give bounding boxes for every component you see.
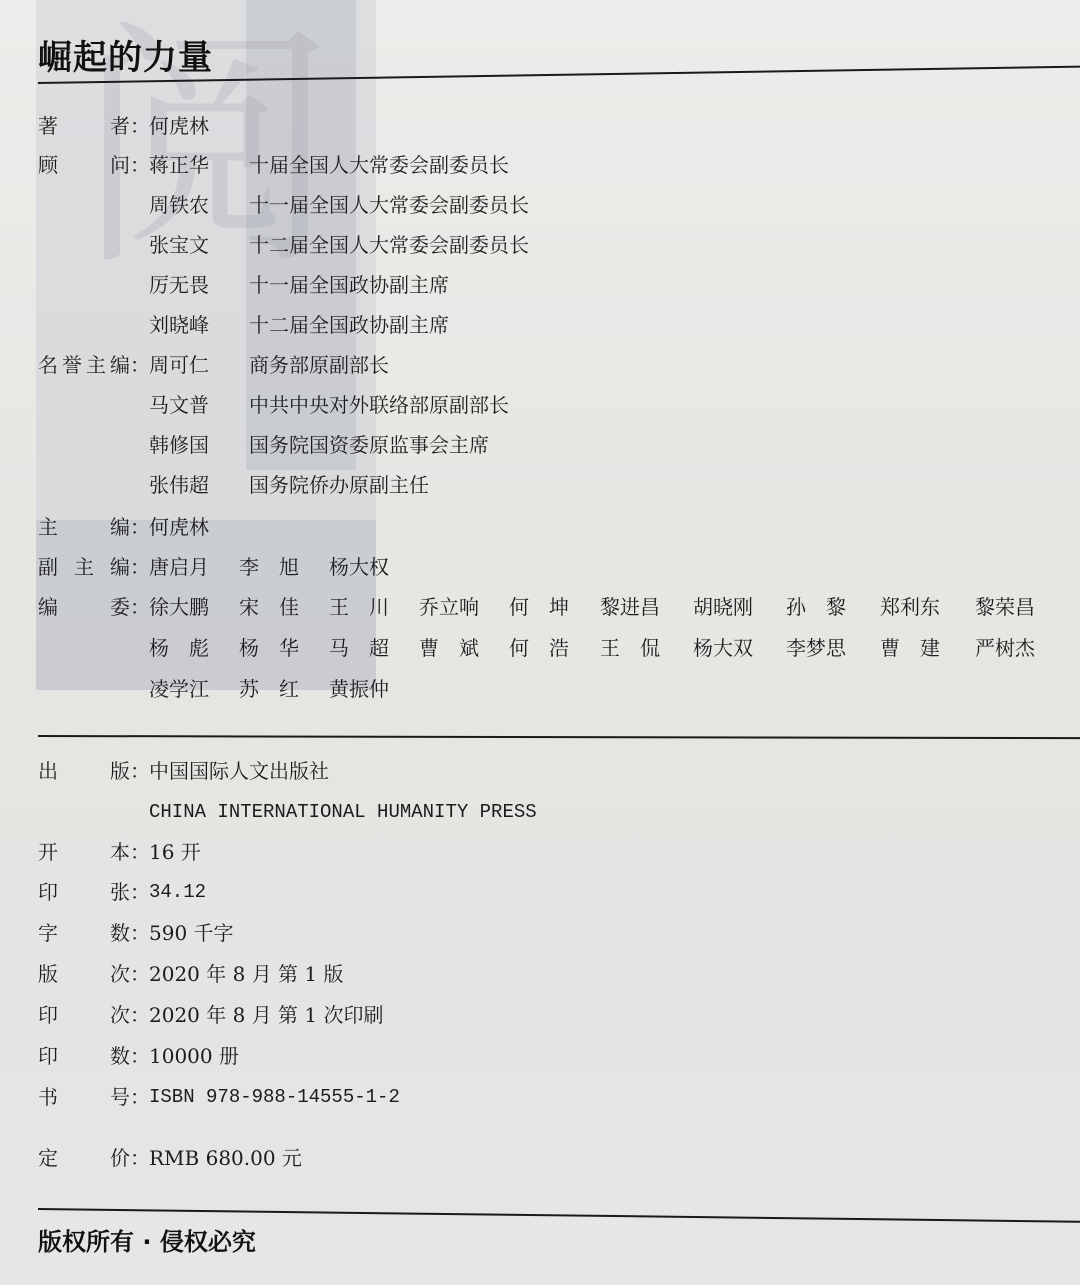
board-member: 黎进昌 — [600, 592, 660, 622]
board-member: 李梦思 — [786, 633, 846, 663]
deputy-editors-label: 副 主 编 — [38, 552, 130, 582]
edition-value: 2020 年 8 月 第 1 版 — [149, 959, 344, 989]
board-member: 胡晓刚 — [693, 592, 753, 622]
board-member: 何 坤 — [509, 592, 569, 622]
chief-editor-label: 主 编 — [38, 512, 130, 542]
divider-middle — [38, 735, 1080, 739]
board-member: 黎荣昌 — [975, 592, 1035, 622]
board-member: 杨大双 — [693, 633, 753, 663]
advisor-name: 周铁农 — [149, 190, 209, 220]
author-name: 何虎林 — [149, 111, 209, 141]
sheets-value: 34.12 — [149, 877, 206, 907]
board-member: 曹 斌 — [419, 633, 479, 663]
honorary-editor-title: 国务院侨办原副主任 — [249, 470, 429, 500]
honorary-editor-title: 中共中央对外联络部原副部长 — [249, 390, 509, 420]
honorary-editor-name: 周可仁 — [149, 350, 209, 380]
price-value: RMB 680.00 元 — [149, 1143, 302, 1173]
isbn-value: ISBN 978-988-14555-1-2 — [149, 1082, 400, 1112]
publisher-name-en: CHINA INTERNATIONAL HUMANITY PRESS — [149, 797, 537, 827]
board-member: 杨 华 — [239, 633, 299, 663]
format-value: 16 开 — [149, 837, 201, 867]
honorary-editor-name: 马文普 — [149, 390, 209, 420]
board-member: 乔立响 — [419, 592, 479, 622]
honorary-editors-label: 名 誉 主 编 — [38, 350, 130, 380]
advisor-title: 十二届全国人大常委会副委员长 — [249, 230, 529, 260]
advisor-name: 张宝文 — [149, 230, 209, 260]
board-member: 何 浩 — [509, 633, 569, 663]
background-watermark: 阅 — [36, 0, 376, 690]
advisors-label: 顾 问 — [38, 150, 130, 180]
author-label: 著 者 — [38, 111, 130, 141]
publisher-name: 中国国际人文出版社 — [149, 756, 329, 786]
board-member: 徐大鹏 — [149, 592, 209, 622]
chief-editor-name: 何虎林 — [149, 512, 209, 542]
board-member: 苏 红 — [239, 674, 299, 704]
board-member: 黄振仲 — [329, 674, 389, 704]
honorary-editor-title: 商务部原副部长 — [249, 350, 389, 380]
honorary-editor-name: 张伟超 — [149, 470, 209, 500]
board-member: 宋 佳 — [239, 592, 299, 622]
board-member: 王 川 — [329, 592, 389, 622]
advisor-title: 十二届全国政协副主席 — [249, 310, 449, 340]
divider-bottom — [38, 1208, 1080, 1223]
print-run-value: 10000 册 — [149, 1041, 239, 1071]
board-member: 曹 建 — [880, 633, 940, 663]
board-member: 严树杰 — [975, 633, 1035, 663]
deputy-editor-name: 李 旭 — [239, 552, 299, 582]
board-member: 王 侃 — [600, 633, 660, 663]
board-member: 马 超 — [329, 633, 389, 663]
board-member: 凌学江 — [149, 674, 209, 704]
board-member: 郑利东 — [880, 592, 940, 622]
advisor-title: 十一届全国人大常委会副委员长 — [249, 190, 529, 220]
honorary-editor-name: 韩修国 — [149, 430, 209, 460]
deputy-editor-name: 杨大权 — [329, 552, 389, 582]
editorial-board-label: 编 委 — [38, 592, 130, 622]
honorary-editor-title: 国务院国资委原监事会主席 — [249, 430, 489, 460]
word-count-value: 590 千字 — [149, 918, 234, 948]
board-member: 杨 彪 — [149, 633, 209, 663]
board-member: 孙 黎 — [786, 592, 846, 622]
copyright-notice: 版权所有 · 侵权必究 — [38, 1222, 256, 1257]
printing-value: 2020 年 8 月 第 1 次印刷 — [149, 1000, 384, 1030]
advisor-name: 蒋正华 — [149, 150, 209, 180]
deputy-editor-name: 唐启月 — [149, 552, 209, 582]
advisor-name: 刘晓峰 — [149, 310, 209, 340]
advisor-name: 厉无畏 — [149, 270, 209, 300]
book-title: 崛起的力量 — [38, 30, 213, 79]
advisor-title: 十一届全国政协副主席 — [249, 270, 449, 300]
advisor-title: 十届全国人大常委会副委员长 — [249, 150, 509, 180]
